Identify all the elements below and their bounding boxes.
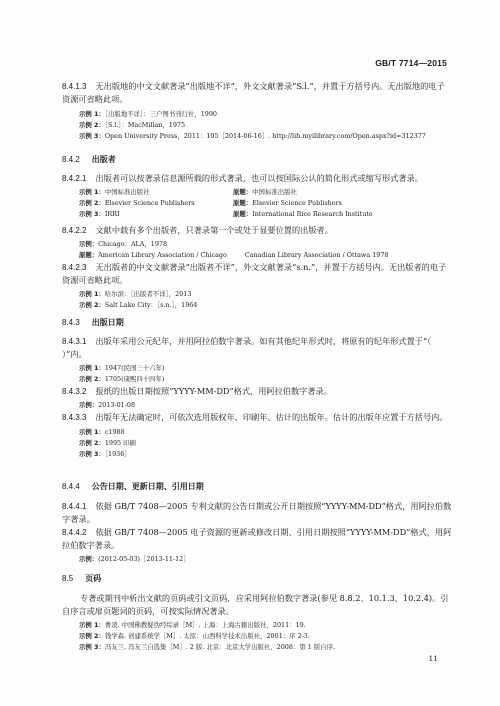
clause-8-4-2-3: 8.4.2.3无出版者的中文文献著录“出版者不详”，外文文献著录“s.n.”，并… <box>62 261 452 311</box>
example: 示例 2：Elsevier Science Publishers原题：Elsev… <box>79 198 452 209</box>
standard-code: GB/T 7714—2015 <box>375 58 447 68</box>
clause-8-4-2-2: 8.4.2.2文献中载有多个出版者，只著录第一个或处于显要位置的出版者。 示例：… <box>62 224 452 261</box>
clause-8-4-2-1: 8.4.2.1出版者可以按著录信息源所载的形式著录，也可以按国际公认的简化形式或… <box>62 172 452 220</box>
example: 示例 1：中国标准出版社原题：中国标准出版社 <box>79 187 452 198</box>
section-heading: 8.5页码 <box>62 573 452 584</box>
original-title: 原题：American Library Association / Chicag… <box>79 250 452 261</box>
example: 示例 3：IRRI原题：International Rice Research … <box>79 209 452 220</box>
example: 示例 3：Open University Press，2011：105［2014… <box>79 131 452 142</box>
section-8-4-4: 8.4.4公告日期、更新日期、引用日期 <box>62 481 452 492</box>
document-page: GB/T 7714—2015 8.4.1.3无出版地的中文文献著录“出版地不详”… <box>0 0 500 706</box>
example: 示例 1：c1988 <box>79 427 452 438</box>
example: 示例 3：冯友兰. 冯友兰自选集［M］. 2 版. 北京：北京大学出版社，200… <box>79 642 452 653</box>
clause-8-4-1-3: 8.4.1.3无出版地的中文文献著录“出版地不详”，外文文献著录“S.l.”，并… <box>62 80 452 142</box>
example: 示例：(2012-05-03)［2013-11-12］ <box>79 554 452 565</box>
example: 示例 1：哈尔滨：［出版者不详］，2013 <box>79 289 452 300</box>
clause-8-4-4-2: 8.4.4.2依据 GB/T 7408—2005 电子资源的更新或修改日期、引用… <box>62 526 452 565</box>
clause-number: 8.4.1.3 <box>62 82 86 91</box>
example: 示例：2013-01-08 <box>79 400 452 411</box>
example: 示例 1：［出版地不详］：三户图书刊行社，1990 <box>79 109 452 120</box>
example: 示例 2：钱学森. 创建系统学［M］. 太原：山西科学技术出版社，2001：序 … <box>79 631 452 642</box>
clause-8-4-4-1: 8.4.4.1依据 GB/T 7408—2005 专利文献的公告日期或公开日期按… <box>62 500 452 526</box>
example: 示例 2：1705(康熙四十四年) <box>79 374 452 385</box>
example: 示例 2：［S.l.］：MacMillan，1975 <box>79 120 452 131</box>
example: 示例 1：1947(民国三十六年) <box>79 363 452 374</box>
page-number: 11 <box>428 654 438 663</box>
clause-8-4-3-3: 8.4.3.3出版年无法确定时，可依次选用版权年、印刷年、估计的出版年。估计的出… <box>62 411 452 460</box>
clause-text: 无出版地的中文文献著录“出版地不详”，外文文献著录“S.l.”，并置于方括号内。… <box>62 81 445 104</box>
clause-8-4-3-1: 8.4.3.1出版年采用公元纪年，并用阿拉伯数字著录。如有其他纪年形式时，将原有… <box>62 335 452 385</box>
section-heading: 8.4.2出版者 <box>62 154 452 165</box>
example: 示例：Chicago：ALA，1978 <box>79 239 452 250</box>
section-text: 专著或期刊中析出文献的页码或引文页码，应采用阿拉伯数字著录(参见 8.8.2、1… <box>62 592 452 618</box>
section-8-4-2: 8.4.2出版者 <box>62 154 452 165</box>
section-heading: 8.4.4公告日期、更新日期、引用日期 <box>62 481 452 492</box>
example: 示例 1：曹凌. 中国佛教疑伪经综录［M］. 上海：上海古籍出版社，2011：1… <box>79 620 452 631</box>
example: 示例 2：Salt Lake City：［s.n.］，1964 <box>79 300 452 311</box>
clause-8-4-3-2: 8.4.3.2报纸的出版日期按照“YYYY-MM-DD”格式，用阿拉伯数字著录。… <box>62 385 452 411</box>
example: 示例 3：［1936］ <box>79 449 452 460</box>
section-8-5: 8.5页码 专著或期刊中析出文献的页码或引文页码，应采用阿拉伯数字著录(参见 8… <box>62 573 452 653</box>
section-heading: 8.4.3出版日期 <box>62 317 452 328</box>
section-8-4-3: 8.4.3出版日期 <box>62 317 452 328</box>
example: 示例 2：1995 印刷 <box>79 438 452 449</box>
